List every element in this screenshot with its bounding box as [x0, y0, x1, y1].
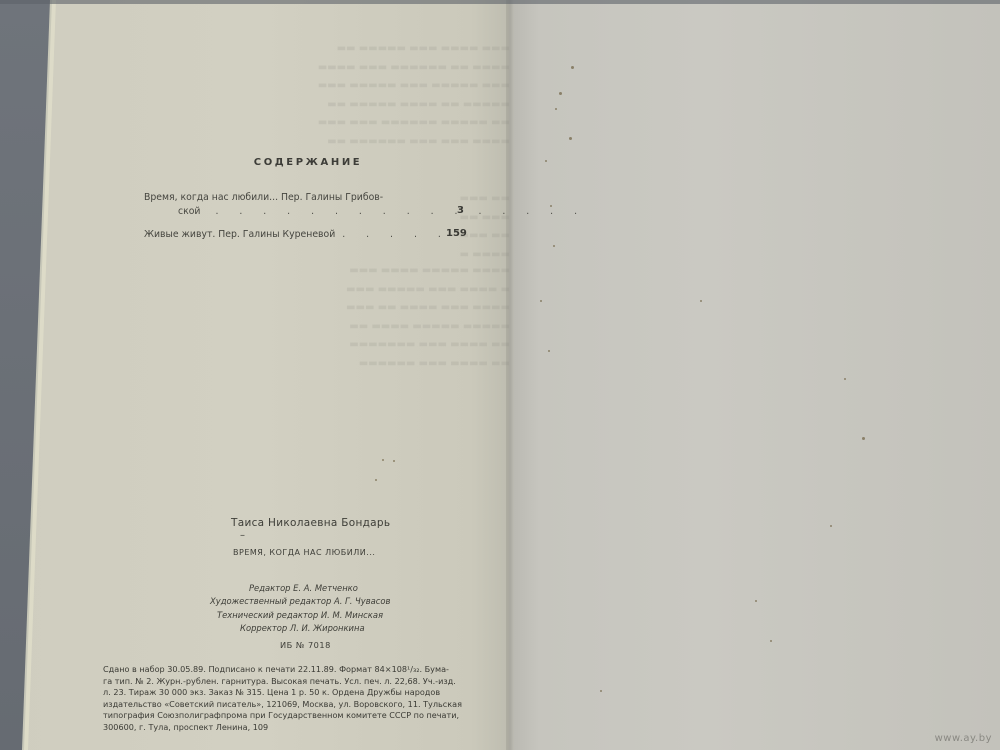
- separator-dash: –: [240, 530, 245, 541]
- page-spot: [382, 459, 384, 461]
- page-spot: [559, 92, 562, 95]
- credit-tech-editor: Технический редактор И. М. Минская: [217, 610, 383, 620]
- credit-editor: Редактор Е. А. Метченко: [249, 583, 358, 593]
- credit-art-editor: Художественный редактор А. Г. Чувасов: [210, 596, 390, 606]
- imprint-line: типография Союзполиграфпрома при Государ…: [103, 710, 473, 722]
- imprint-line: Сдано в набор 30.05.89. Подписано к печа…: [103, 664, 473, 676]
- page-spot: [375, 479, 377, 481]
- toc-entry-text: Живые живут. Пер. Галины Куреневой: [144, 229, 335, 240]
- imprint-line: л. 23. Тираж 30 000 экз. Заказ № 315. Це…: [103, 687, 473, 699]
- page-spot: [755, 600, 757, 602]
- contents-heading: СОДЕРЖАНИЕ: [238, 157, 378, 168]
- book-title: ВРЕМЯ, КОГДА НАС ЛЮБИЛИ...: [233, 548, 375, 557]
- page-spot: [830, 525, 832, 527]
- toc-entry-continuation: ской: [178, 206, 200, 217]
- imprint-line: га тип. № 2. Журн.-рублен. гарнитура. Вы…: [103, 676, 473, 688]
- page-spot: [553, 245, 555, 247]
- top-shadow: [0, 0, 1000, 4]
- page-spot: [844, 378, 846, 380]
- page-spot: [548, 350, 550, 352]
- author-name: Таиса Николаевна Бондарь: [231, 517, 390, 529]
- toc-entry-title-cont: ской . . . . . . . . . . . . . . . .: [178, 206, 586, 217]
- page-spot: [862, 437, 865, 440]
- show-through-texture: ▬▬ ▬▬▬ ▬▬▬ ▬▬ ▬▬ ▬▬▬ ▬▬▬▬ ▬: [420, 190, 510, 264]
- right-page: [510, 0, 1000, 750]
- toc-leader-dots: . . . . . . . . . . . . . . . .: [215, 206, 586, 217]
- page-spot: [540, 300, 542, 302]
- show-through-texture: ▬▬▬ ▬▬▬▬ ▬▬▬ ▬▬▬▬▬ ▬▬ ▬▬▬▬ ▬▬ ▬▬▬▬▬▬ ▬▬▬…: [280, 40, 510, 151]
- imprint-address: 300600, г. Тула, проспект Ленина, 109: [103, 722, 473, 734]
- page-spot: [571, 66, 574, 69]
- page-spot: [600, 690, 602, 692]
- imprint-block: Сдано в набор 30.05.89. Подписано к печа…: [103, 664, 473, 734]
- toc-page-number: 159: [446, 228, 467, 239]
- watermark: www.ay.by: [935, 733, 992, 744]
- page-spot: [545, 160, 547, 162]
- toc-leader-dots: . . . . .: [342, 229, 450, 240]
- imprint-line: издательство «Советский писатель», 12106…: [103, 699, 473, 711]
- page-spot: [770, 640, 772, 642]
- toc-page-number: 3: [457, 205, 464, 216]
- show-through-texture: ▬▬▬▬ ▬▬▬▬▬ ▬▬▬▬ ▬▬▬ ▬ ▬▬▬▬ ▬▬▬ ▬▬▬▬▬ ▬▬▬…: [300, 262, 510, 373]
- page-spot: [393, 460, 395, 462]
- toc-entry-title: Живые живут. Пер. Галины Куреневой . . .…: [144, 229, 450, 240]
- toc-entry-title: Время, когда нас любили... Пер. Галины Г…: [144, 192, 383, 203]
- page-spot: [569, 137, 572, 140]
- page-spot: [700, 300, 702, 302]
- credit-proofreader: Корректор Л. И. Жиронкина: [240, 623, 365, 633]
- page-spot: [555, 108, 557, 110]
- ib-number: ИБ № 7018: [280, 640, 331, 650]
